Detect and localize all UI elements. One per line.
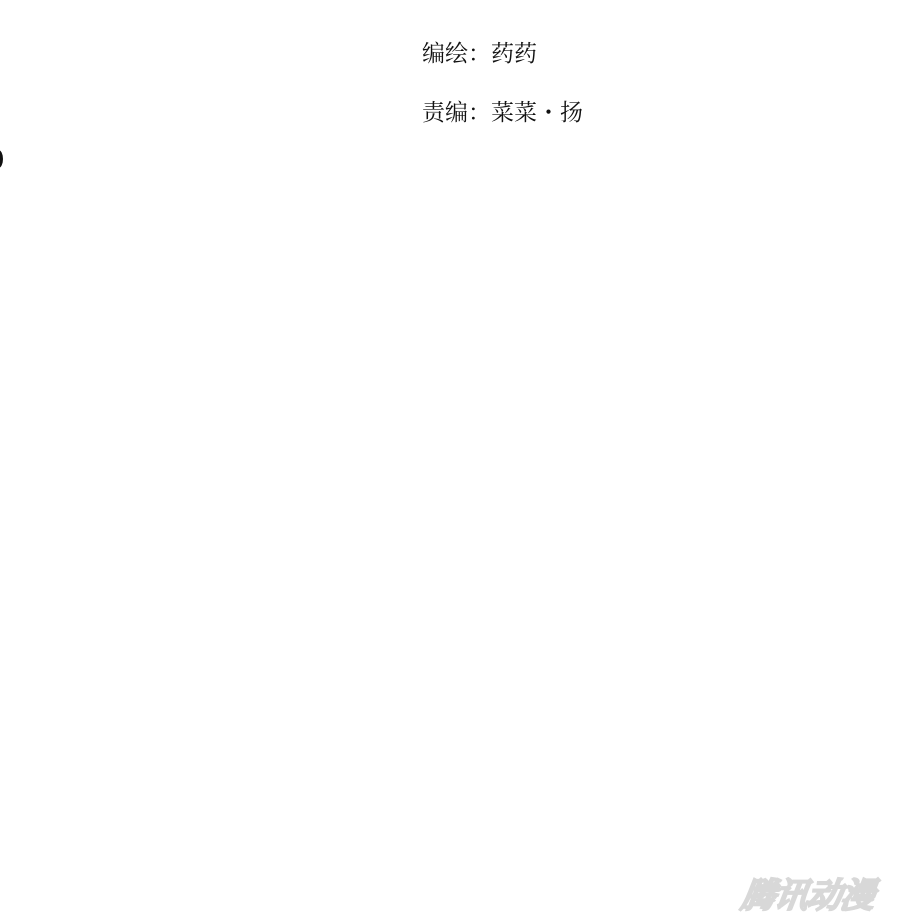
credit-separator: ： xyxy=(468,41,491,67)
credit-separator: ： xyxy=(468,100,491,126)
watermark-logo: 腾讯动漫 xyxy=(739,868,878,917)
credit-name: 药药 xyxy=(491,41,537,67)
edge-artifact xyxy=(0,150,3,168)
credit-editor: 责编：菜菜・扬 xyxy=(422,99,583,127)
credit-name: 菜菜・扬 xyxy=(491,100,583,126)
credit-artist: 编绘：药药 xyxy=(422,40,537,68)
credit-role: 责编 xyxy=(422,100,468,126)
credit-role: 编绘 xyxy=(422,41,468,67)
